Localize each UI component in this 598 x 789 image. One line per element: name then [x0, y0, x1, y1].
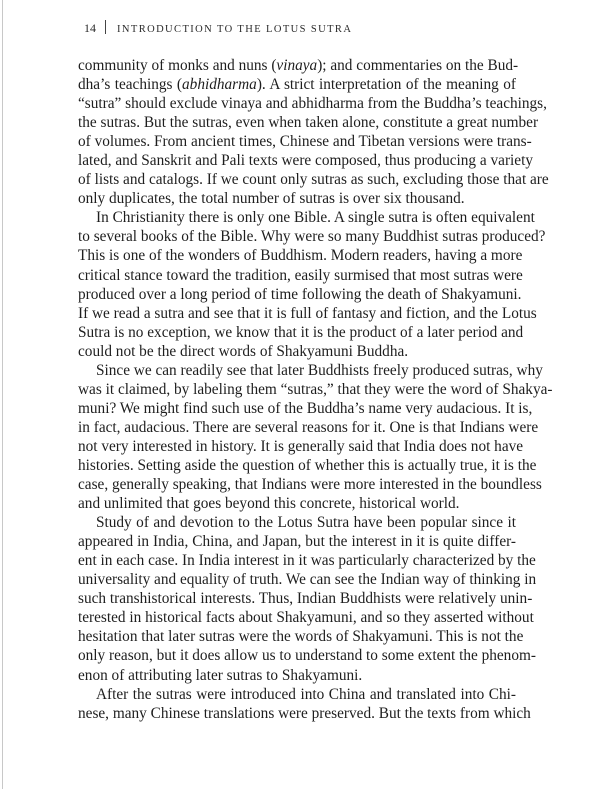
book-title: Introduction to the Lotus Sutra — [117, 24, 352, 35]
header-separator — [105, 20, 106, 34]
text-line: dha’s teachings (abhidharma). A strict i… — [78, 75, 516, 94]
text-line: of volumes. From ancient times, Chinese … — [78, 132, 516, 151]
text-line: ent in each case. In India interest in i… — [78, 551, 516, 570]
text-line: only duplicates, the total number of sut… — [78, 189, 516, 208]
page-edge-border — [2, 0, 3, 789]
running-head: 14Introduction to the Lotus Sutra — [84, 20, 352, 36]
text-line: in fact, audacious. There are several re… — [78, 418, 516, 437]
text-line: critical stance toward the tradition, ea… — [78, 266, 516, 285]
text-line: If we read a sutra and see that it is fu… — [78, 304, 516, 323]
text-line: only reason, but it does allow us to und… — [78, 646, 516, 665]
text-line: could not be the direct words of Shakyam… — [78, 342, 516, 361]
text-line: produced over a long period of time foll… — [78, 285, 516, 304]
text-line: muni? We might find such use of the Budd… — [78, 399, 516, 418]
text-line: This is one of the wonders of Buddhism. … — [78, 246, 516, 265]
text-line: enon of attributing later sutras to Shak… — [78, 666, 516, 685]
text-line: nese, many Chinese translations were pre… — [78, 704, 516, 723]
text-line: terested in historical facts about Shaky… — [78, 608, 516, 627]
paragraph-start-line: Study of and devotion to the Lotus Sutra… — [78, 513, 516, 532]
text-line: appeared in India, China, and Japan, but… — [78, 532, 516, 551]
text-line: Sutra is no exception, we know that it i… — [78, 323, 516, 342]
paragraph-start-line: After the sutras were introduced into Ch… — [78, 685, 516, 704]
text-line: such transhistorical interests. Thus, In… — [78, 589, 516, 608]
text-line: histories. Setting aside the question of… — [78, 456, 516, 475]
text-line: “sutra” should exclude vinaya and abhidh… — [78, 94, 516, 113]
text-line: was it claimed, by labeling them “sutras… — [78, 380, 516, 399]
paragraph-start-line: Since we can readily see that later Budd… — [78, 361, 516, 380]
text-line: not very interested in history. It is ge… — [78, 437, 516, 456]
body-text: community of monks and nuns (vinaya); an… — [78, 56, 516, 723]
text-line: lated, and Sanskrit and Pali texts were … — [78, 151, 516, 170]
text-line: case, generally speaking, that Indians w… — [78, 475, 516, 494]
page-number: 14 — [84, 21, 96, 35]
text-line: community of monks and nuns (vinaya); an… — [78, 56, 516, 75]
text-line: to several books of the Bible. Why were … — [78, 227, 516, 246]
text-line: hesitation that later sutras were the wo… — [78, 627, 516, 646]
text-line: the sutras. But the sutras, even when ta… — [78, 113, 516, 132]
text-line: and unlimited that goes beyond this conc… — [78, 494, 516, 513]
paragraph-start-line: In Christianity there is only one Bible.… — [78, 208, 516, 227]
text-line: universality and equality of truth. We c… — [78, 570, 516, 589]
text-line: of lists and catalogs. If we count only … — [78, 170, 516, 189]
